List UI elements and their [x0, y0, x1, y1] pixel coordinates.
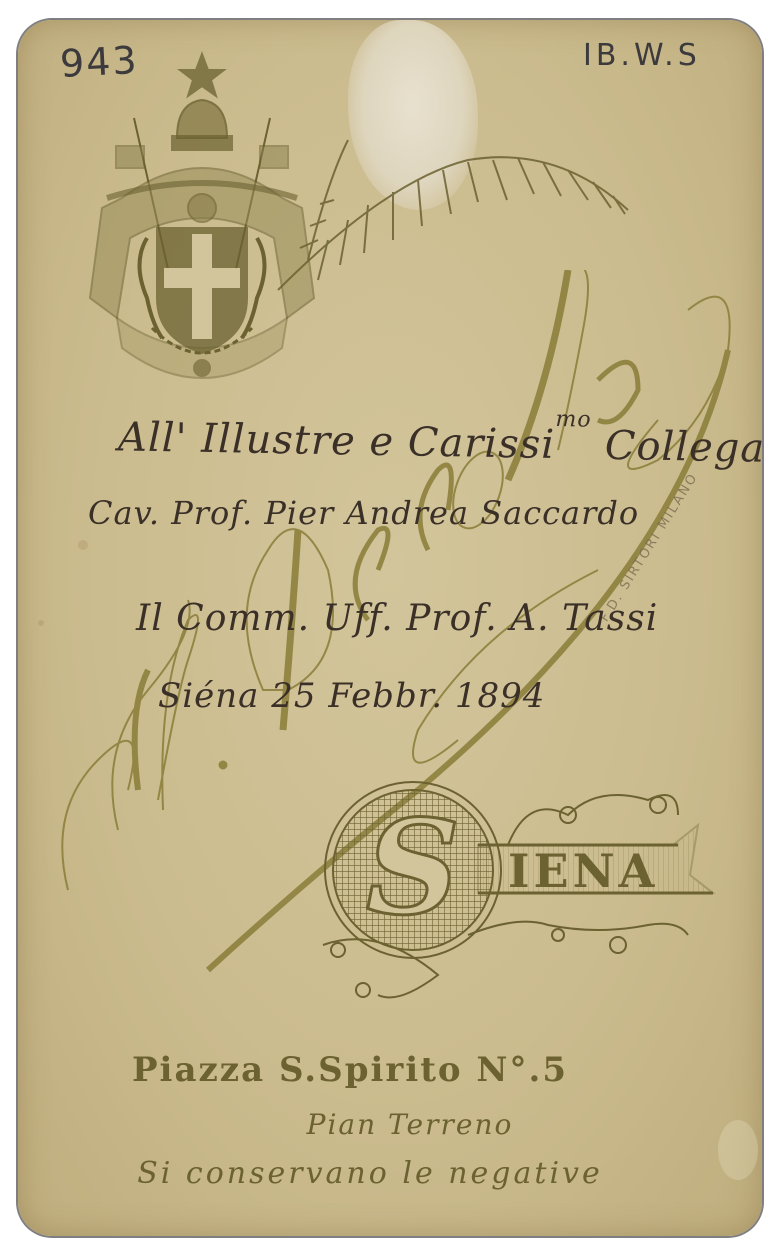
negatives-notice: Si conservano le negative: [18, 1156, 742, 1191]
studio-address: Piazza S.Spirito N°.5: [18, 1050, 722, 1090]
dedication-superscript: mo: [555, 407, 592, 433]
dedication-line-2: Cav. Prof. Pier Andrea Saccardo: [88, 494, 639, 532]
inventory-number: 943: [59, 38, 140, 86]
foxing-spot: [38, 620, 44, 626]
dedication-date: Siéna 25 Febbr. 1894: [158, 676, 545, 716]
studio-floor: Pian Terreno: [38, 1108, 762, 1141]
dedication-line-3: Il Comm. Uff. Prof. A. Tassi: [136, 598, 658, 639]
dedication-line-1-main: All' Illustre e Carissi: [118, 414, 556, 468]
dedication-line-1-end: Collega: [591, 423, 762, 472]
siena-logo: S IENA: [318, 775, 738, 1035]
reference-code: IB.W.S: [583, 38, 701, 73]
palm-frond-icon: [268, 120, 648, 300]
photo-card-back: H. Decoche F.D. SIRTORI MILANO: [18, 20, 762, 1236]
foxing-spot: [78, 540, 88, 550]
siena-initial: S: [366, 791, 460, 944]
siena-word: IENA: [508, 844, 658, 898]
dedication-line-1: All' Illustre e Carissimo Collega: [118, 414, 762, 471]
